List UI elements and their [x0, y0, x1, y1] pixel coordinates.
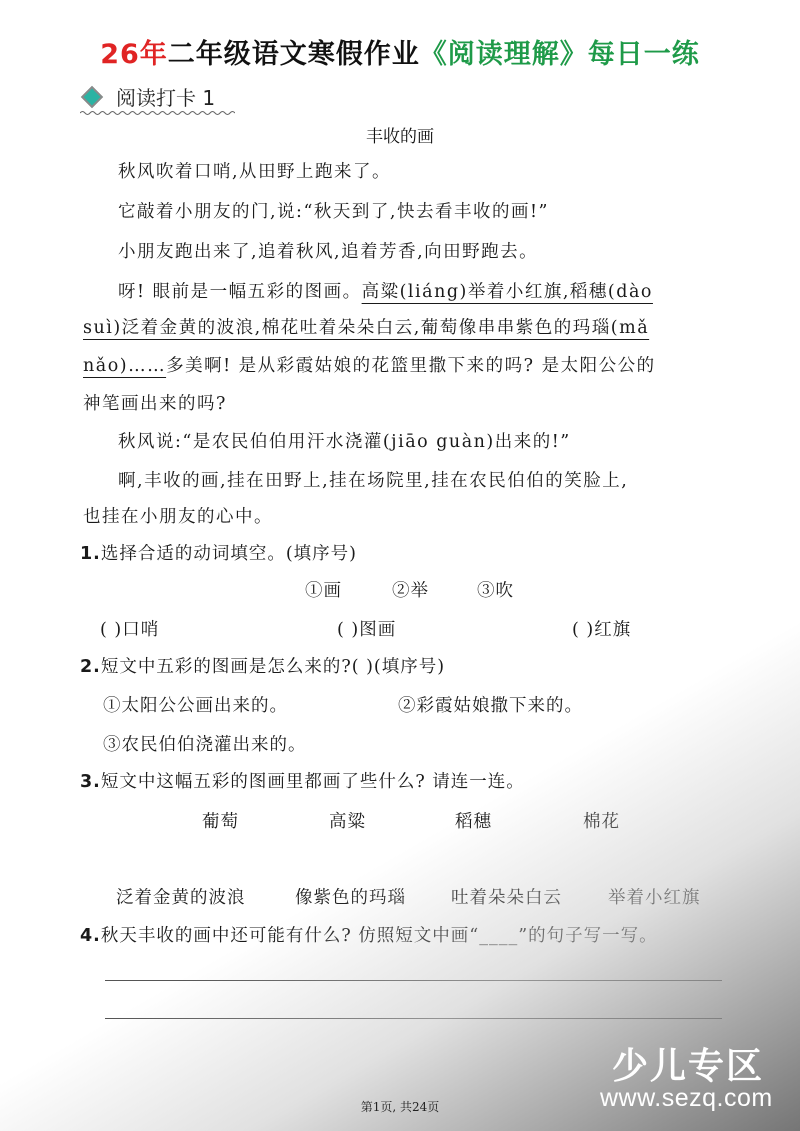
underlined-sentence: suì)泛着金黄的波浪,棉花吐着朵朵白云,葡萄像串串紫色的玛瑙(mǎ [83, 314, 649, 339]
title-main: 二年级语文寒假作业 [168, 39, 420, 70]
answer-line[interactable] [105, 980, 722, 981]
section-heading: 阅读打卡 1 [80, 82, 215, 111]
title-year: 26年 [100, 39, 168, 70]
story-line: 也挂在小朋友的心中。 [83, 503, 273, 528]
story-line: 神笔画出来的吗? [83, 390, 227, 415]
q1-option: ③吹 [477, 577, 514, 602]
q2-option: ②彩霞姑娘撒下来的。 [398, 692, 583, 717]
q3-match-bottom[interactable]: 泛着金黄的波浪 [116, 884, 246, 909]
page-title: 26年二年级语文寒假作业《阅读理解》每日一练 [0, 32, 800, 71]
story-line: nǎo)……多美啊! 是从彩霞姑娘的花篮里撒下来的吗? 是太阳公公的 [83, 352, 656, 377]
q3-match-top[interactable]: 高粱 [329, 808, 366, 833]
q3-match-top[interactable]: 棉花 [583, 808, 620, 833]
story-line: 小朋友跑出来了,追着秋风,追着芳香,向田野跑去。 [118, 238, 538, 263]
wavy-underline [80, 110, 235, 116]
watermark-url: www.sezq.com [600, 1084, 773, 1113]
underlined-sentence: nǎo)…… [83, 356, 166, 376]
watermark-logo: 少儿专区 [612, 1038, 764, 1089]
q2-answer-blank[interactable]: 短文中五彩的图画是怎么来的?( )(填序号) [101, 657, 445, 677]
q2-option: ③农民伯伯浇灌出来的。 [103, 731, 307, 756]
title-suffix: 每日一练 [588, 39, 700, 70]
question-3: 3.短文中这幅五彩的图画里都画了些什么? 请连一连。 [80, 768, 525, 793]
q3-match-top[interactable]: 葡萄 [202, 808, 239, 833]
story-line: 秋风说:“是农民伯伯用汗水浇灌(jiāo guàn)出来的!” [118, 428, 571, 453]
story-line: 啊,丰收的画,挂在田野上,挂在场院里,挂在农民伯伯的笑脸上, [118, 467, 628, 492]
q1-blank[interactable]: ( )图画 [337, 616, 396, 641]
title-book: 《阅读理解》 [420, 39, 588, 70]
underlined-sentence: 高粱(liáng)举着小红旗,稻穗(dào [362, 282, 653, 302]
q1-blank[interactable]: ( )口哨 [100, 616, 159, 641]
q1-blank[interactable]: ( )红旗 [572, 616, 631, 641]
q1-option: ①画 [305, 577, 342, 602]
q3-match-bottom[interactable]: 像紫色的玛瑙 [295, 884, 406, 909]
q3-match-top[interactable]: 稻穗 [455, 808, 492, 833]
story-line: 秋风吹着口哨,从田野上跑来了。 [118, 158, 391, 183]
q3-match-bottom[interactable]: 吐着朵朵白云 [451, 884, 562, 909]
story-line: 它敲着小朋友的门,说:“秋天到了,快去看丰收的画!” [118, 198, 549, 223]
story-title: 丰收的画 [0, 122, 800, 147]
section-label: 阅读打卡 1 [116, 82, 215, 111]
question-1: 1.选择合适的动词填空。(填序号) [80, 540, 357, 565]
question-4: 4.秋天丰收的画中还可能有什么? 仿照短文中画“____”的句子写一写。 [80, 922, 658, 947]
story-line: 呀! 眼前是一幅五彩的图画。高粱(liáng)举着小红旗,稻穗(dào [118, 278, 653, 303]
answer-line[interactable] [105, 1018, 722, 1019]
diamond-icon [81, 85, 104, 108]
q1-option: ②举 [392, 577, 429, 602]
q2-option: ①太阳公公画出来的。 [103, 692, 288, 717]
q3-match-bottom[interactable]: 举着小红旗 [608, 884, 701, 909]
question-2: 2.短文中五彩的图画是怎么来的?( )(填序号) [80, 653, 445, 678]
